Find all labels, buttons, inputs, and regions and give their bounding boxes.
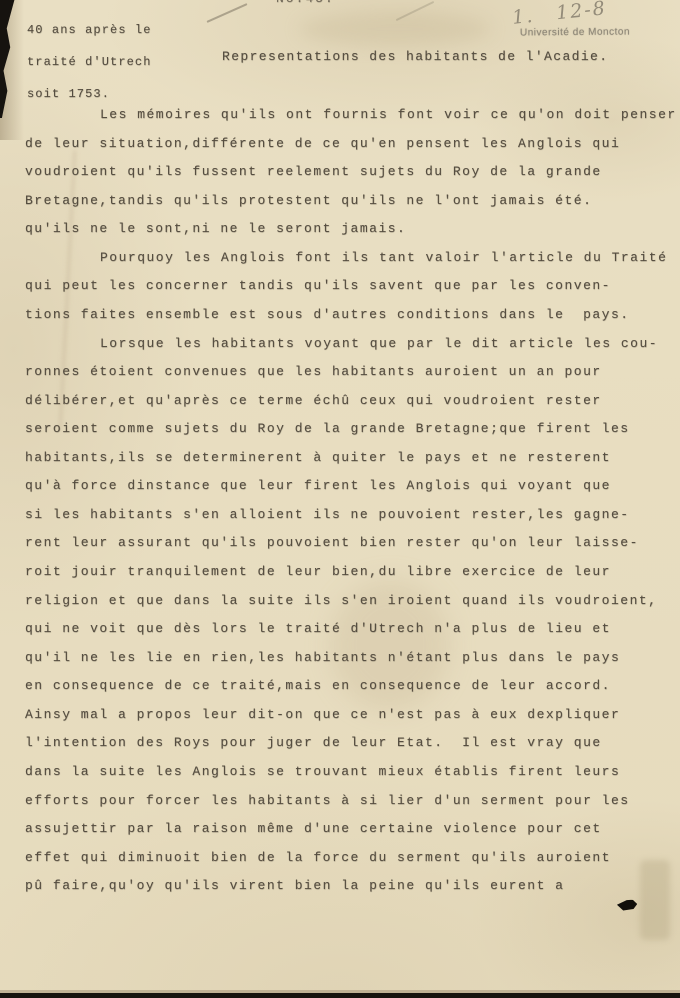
body-line: pû faire,qu'oy qu'ils virent bien la pei… xyxy=(25,872,677,901)
body-line: Lorsque les habitants voyant que par le … xyxy=(25,330,677,359)
body-line: roit jouir tranquilement de leur bien,du… xyxy=(25,558,677,587)
body-line: Les mémoires qu'ils ont fournis font voi… xyxy=(25,101,677,130)
library-stamp: Université de Moncton xyxy=(520,27,630,39)
body-line: qu'à force dinstance que leur firent les… xyxy=(25,472,677,501)
body-line: qui ne voit que dès lors le traité d'Utr… xyxy=(25,615,677,644)
body-line: qui peut les concerner tandis qu'ils sav… xyxy=(25,272,677,301)
document-body: Les mémoires qu'ils ont fournis font voi… xyxy=(25,101,677,901)
body-line: si les habitants s'en alloient ils ne po… xyxy=(25,501,677,530)
margin-note-line: 40 ans après le xyxy=(27,23,152,37)
paper-stain-top xyxy=(300,12,490,46)
scanned-document-page: No.45. 1. 12-8 Université de Moncton 40 … xyxy=(0,0,680,998)
body-line: Ainsy mal a propos leur dit-on que ce n'… xyxy=(25,701,677,730)
margin-note: 40 ans après le traité d'Utrech soit 175… xyxy=(27,22,152,102)
body-line: en consequence de ce traité,mais en cons… xyxy=(25,672,677,701)
body-line: religion et que dans la suite ils s'en i… xyxy=(25,587,677,616)
paper-stain-bottom-right xyxy=(640,860,670,940)
body-line: délibérer,et qu'après ce terme échû ceux… xyxy=(25,387,677,416)
bottom-page-edge xyxy=(0,993,680,998)
body-line: Pourquoy les Anglois font ils tant valoi… xyxy=(25,244,677,273)
pencil-slash-left xyxy=(206,3,247,23)
margin-note-line: traité d'Utrech xyxy=(27,55,152,69)
body-line: de leur situation,différente de ce qu'en… xyxy=(25,130,677,159)
body-line: tions faites ensemble est sous d'autres … xyxy=(25,301,677,330)
margin-note-line: soit 1753. xyxy=(27,87,110,101)
body-line: dans la suite les Anglois se trouvant mi… xyxy=(25,758,677,787)
body-line: Bretagne,tandis qu'ils protestent qu'ils… xyxy=(25,187,677,216)
body-line: efforts pour forcer les habitants à si l… xyxy=(25,787,677,816)
body-line: qu'il ne les lie en rien,les habitants n… xyxy=(25,644,677,673)
body-line: seroient comme sujets du Roy de la grand… xyxy=(25,415,677,444)
body-line: rent leur assurant qu'ils pouvoient bien… xyxy=(25,529,677,558)
handwritten-archive-number: 1. 12-8 xyxy=(511,0,608,29)
body-line: l'intention des Roys pour juger de leur … xyxy=(25,729,677,758)
body-line: qu'ils ne le sont,ni ne le seront jamais… xyxy=(25,215,677,244)
page-number-cutoff: No.45. xyxy=(276,0,335,6)
body-line: assujettir par la raison même d'une cert… xyxy=(25,815,677,844)
body-line: habitants,ils se determinerent à quiter … xyxy=(25,444,677,473)
body-line: ronnes étoient convenues que les habitan… xyxy=(25,358,677,387)
body-line: effet qui diminuoit bien de la force du … xyxy=(25,844,677,873)
body-line: voudroient qu'ils fussent reelement suje… xyxy=(25,158,677,187)
document-title: Representations des habitants de l'Acadi… xyxy=(222,49,608,64)
